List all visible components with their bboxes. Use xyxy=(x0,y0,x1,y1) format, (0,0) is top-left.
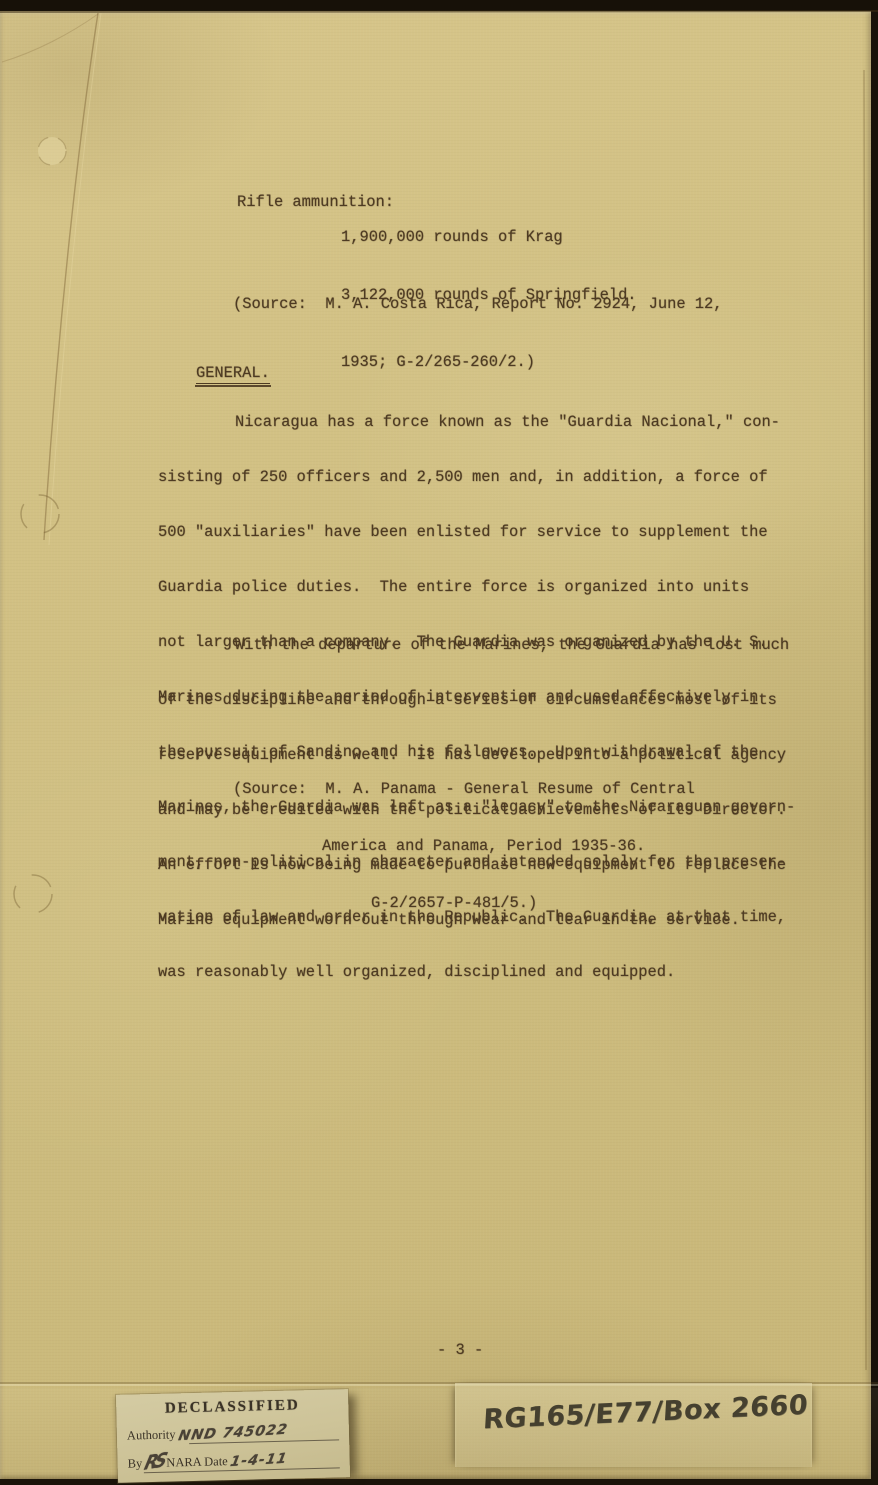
source-line: (Source: M. A. Panama - General Resume o… xyxy=(233,779,695,800)
source-line: America and Panama, Period 1935-36. xyxy=(322,836,695,857)
nara-date-handwriting: 1-4-11 xyxy=(229,1451,289,1470)
paragraph-line: Nicaragua has a force known as the "Guar… xyxy=(158,413,848,432)
document-page: Rifle ammunition: 1,900,000 rounds of Kr… xyxy=(0,11,871,1479)
by-nara-row: By RS NARA Date 1-4-11 xyxy=(127,1447,349,1471)
paragraph-line: sisting of 250 officers and 2,500 men an… xyxy=(158,468,848,487)
paragraph-line: Guardia police duties. The entire force … xyxy=(158,578,848,597)
source-line: (Source: M. A. Costa Rica, Report No. 29… xyxy=(233,293,723,315)
source-line: 1935; G-2/265-260/2.) xyxy=(341,351,723,373)
authority-row: Authority NND 745022 xyxy=(127,1422,349,1443)
authority-label: Authority xyxy=(127,1427,176,1442)
source-line: G-2/2657-P-481/5.) xyxy=(371,893,695,914)
paragraph-line: of the discipline and through a series o… xyxy=(158,691,848,710)
declassified-stamp: DECLASSIFIED Authority NND 745022 By RS … xyxy=(116,1389,350,1483)
nara-date-label: NARA Date xyxy=(166,1454,228,1469)
paragraph-line: With the departure of the Marines, the G… xyxy=(158,636,848,655)
archive-box-handwriting: RG165/E77/Box 2660 xyxy=(482,1390,809,1436)
by-label: By xyxy=(127,1456,142,1470)
declassified-stamp-title: DECLASSIFIED xyxy=(116,1396,348,1419)
page-number-text: - 3 - xyxy=(437,1341,483,1359)
source-citation-2: (Source: M. A. Panama - General Resume o… xyxy=(0,743,695,950)
archive-box-slip: RG165/E77/Box 2660 xyxy=(455,1383,812,1467)
paragraph-line: 500 "auxiliaries" have been enlisted for… xyxy=(158,523,848,542)
ammo-line: 1,900,000 rounds of Krag xyxy=(341,226,637,248)
